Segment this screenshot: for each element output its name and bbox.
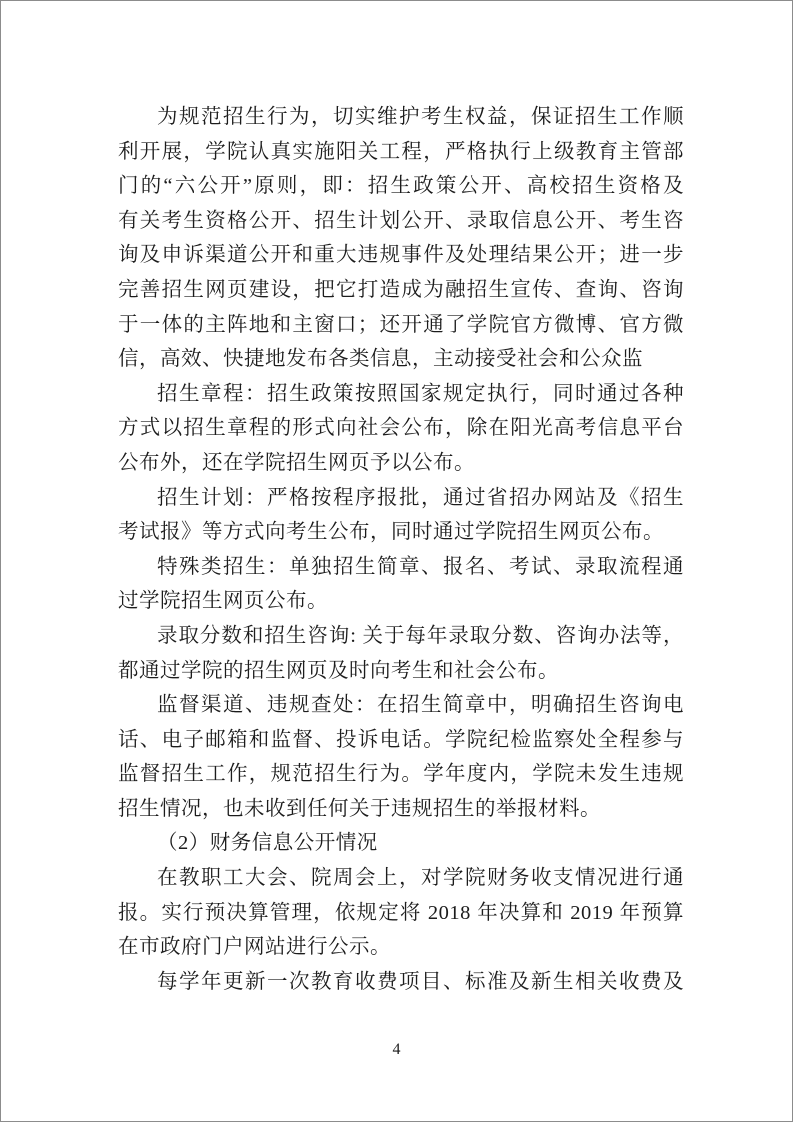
text-line: 利开展，学院认真实施阳关工程，严格执行上级教育主管部 [118, 135, 684, 170]
text-line: 于一体的主阵地和主窗口；还开通了学院官方微博、官方微 [118, 308, 684, 343]
text-line: 招生计划：严格按程序报批，通过省招办网站及《招生 [118, 481, 684, 516]
text-line: 监督渠道、违规查处：在招生简章中，明确招生咨询电 [118, 688, 684, 723]
page-number: 4 [1, 1039, 792, 1061]
paragraph: 监督渠道、违规查处：在招生简章中，明确招生咨询电话、电子邮箱和监督、投诉电话。学… [118, 688, 684, 826]
text-line: 询及申诉渠道公开和重大违规事件及处理结果公开；进一步 [118, 238, 684, 273]
paragraph: 特殊类招生：单独招生简章、报名、考试、录取流程通过学院招生网页公布。 [118, 550, 684, 619]
text-line: 报。实行预决算管理，依规定将 2018 年决算和 2019 年预算 [118, 896, 684, 931]
text-line: 招生章程：招生政策按照国家规定执行，同时通过各种 [118, 377, 684, 412]
text-line: 都通过学院的招生网页及时向考生和社会公布。 [118, 654, 684, 689]
text-line: 在市政府门户网站进行公示。 [118, 930, 684, 965]
text-line: （2）财务信息公开情况 [118, 826, 684, 861]
text-line: 为规范招生行为，切实维护考生权益，保证招生工作顺 [118, 100, 684, 135]
text-line: 监督招生工作，规范招生行为。学年度内，学院未发生违规 [118, 757, 684, 792]
text-line: 门的“六公开”原则，即：招生政策公开、高校招生资格及 [118, 169, 684, 204]
text-line: 在教职工大会、院周会上，对学院财务收支情况进行通 [118, 861, 684, 896]
text-line: 有关考生资格公开、招生计划公开、录取信息公开、考生咨 [118, 204, 684, 239]
document-body: 为规范招生行为，切实维护考生权益，保证招生工作顺利开展，学院认真实施阳关工程，严… [118, 100, 684, 999]
text-line: 完善招生网页建设，把它打造成为融招生宣传、查询、咨询 [118, 273, 684, 308]
text-line: 话、电子邮箱和监督、投诉电话。学院纪检监察处全程参与 [118, 723, 684, 758]
paragraph: 在教职工大会、院周会上，对学院财务收支情况进行通报。实行预决算管理，依规定将 2… [118, 861, 684, 965]
text-line: 特殊类招生：单独招生简章、报名、考试、录取流程通 [118, 550, 684, 585]
paragraph: 每学年更新一次教育收费项目、标准及新生相关收费及 [118, 965, 684, 1000]
paragraph: 招生章程：招生政策按照国家规定执行，同时通过各种方式以招生章程的形式向社会公布，… [118, 377, 684, 481]
document-page: 为规范招生行为，切实维护考生权益，保证招生工作顺利开展，学院认真实施阳关工程，严… [1, 1, 792, 1121]
text-line: 信，高效、快捷地发布各类信息，主动接受社会和公众监督。 [118, 342, 684, 377]
text-line: 过学院招生网页公布。 [118, 584, 684, 619]
text-line: 录取分数和招生咨询: 关于每年录取分数、咨询办法等， [118, 619, 684, 654]
text-line: 方式以招生章程的形式向社会公布，除在阳光高考信息平台 [118, 411, 684, 446]
paragraph: 为规范招生行为，切实维护考生权益，保证招生工作顺利开展，学院认真实施阳关工程，严… [118, 100, 684, 377]
text-line: 招生情况，也未收到任何关于违规招生的举报材料。 [118, 792, 684, 827]
paragraph: 录取分数和招生咨询: 关于每年录取分数、咨询办法等，都通过学院的招生网页及时向考… [118, 619, 684, 688]
text-line: 考试报》等方式向考生公布，同时通过学院招生网页公布。 [118, 515, 684, 550]
paragraph: （2）财务信息公开情况 [118, 826, 684, 861]
text-line: 每学年更新一次教育收费项目、标准及新生相关收费及 [118, 965, 684, 1000]
paragraph: 招生计划：严格按程序报批，通过省招办网站及《招生考试报》等方式向考生公布，同时通… [118, 481, 684, 550]
text-line: 公布外，还在学院招生网页予以公布。 [118, 446, 684, 481]
